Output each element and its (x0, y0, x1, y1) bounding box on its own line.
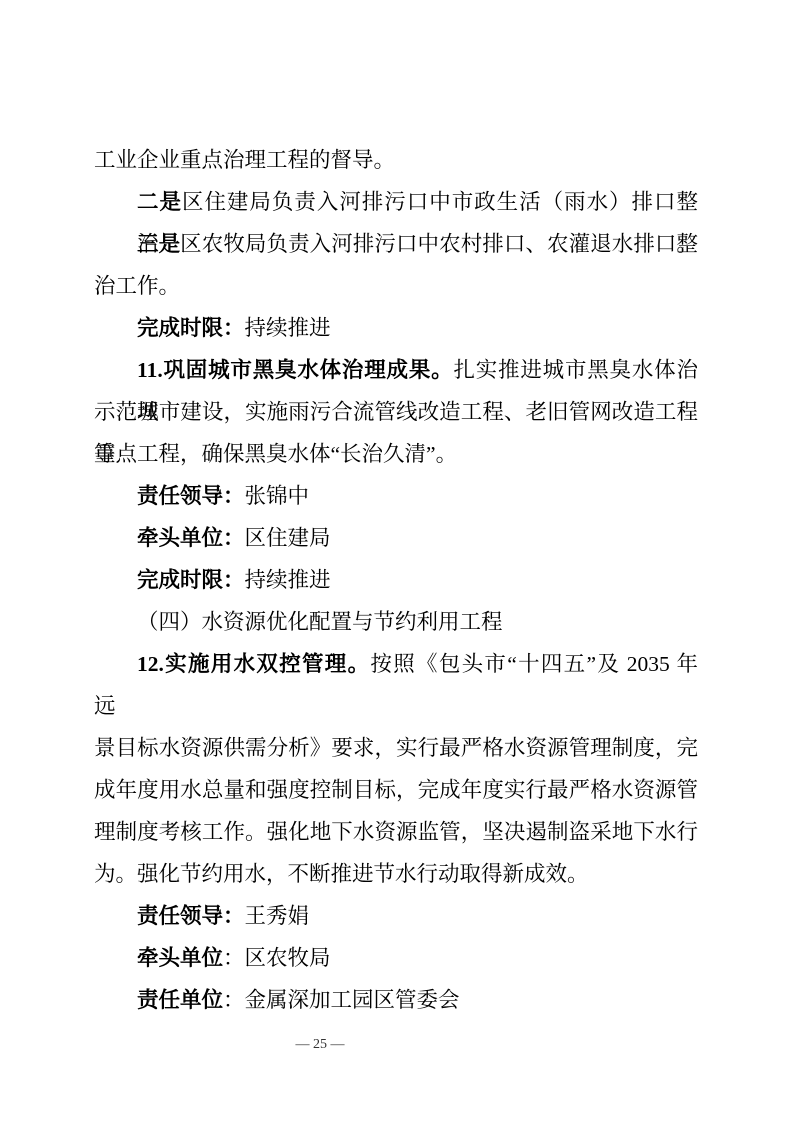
line-bold-text: 牵头单位： (137, 526, 245, 550)
line-regular-text: ：区农牧局 (223, 946, 331, 970)
line-bold-text: 责任领导： (137, 484, 245, 508)
text-line: 景目标水资源供需分析》要求，实行最严格水资源管理制度，完 (94, 727, 698, 769)
text-line: 为。强化节约用水，不断推进节水行动取得新成效。 (94, 853, 698, 895)
text-line: 成年度用水总量和强度控制目标，完成年度实行最严格水资源管 (94, 769, 698, 811)
text-line: （四）水资源优化配置与节约利用工程 (94, 601, 698, 643)
line-regular-text: 重点工程，确保黑臭水体“长治久清”。 (94, 442, 457, 466)
text-line: 完成时限：持续推进 (94, 307, 698, 349)
text-line: 工业企业重点治理工程的督导。 (94, 139, 698, 181)
line-regular-text: 按照《包头市“十四五”及 2035 年 (370, 652, 698, 676)
text-line: 理制度考核工作。强化地下水资源监管，坚决遏制盗采地下水行 (94, 811, 698, 853)
line-regular-text: ：金属深加工园区管委会 (223, 988, 460, 1012)
text-line: 示范城市建设，实施雨污合流管线改造工程、老旧管网改造工程等 (94, 391, 698, 433)
text-line: 二是区住建局负责入河排污口中市政生活（雨水）排口整治。 (94, 181, 698, 223)
text-line: 三是区农牧局负责入河排污口中农村排口、农灌退水排口整 (94, 223, 698, 265)
line-bold-text: 12.实施用水双控管理。 (137, 652, 370, 676)
line-bold-text: 牵头单位 (137, 946, 223, 970)
text-line: 12.实施用水双控管理。按照《包头市“十四五”及 2035 年 (94, 643, 698, 685)
line-bold-text: 完成时限： (137, 316, 245, 340)
text-line: 责任领导：王秀娟 (94, 895, 698, 937)
text-line: 治工作。 (94, 265, 698, 307)
text-line: 远 (94, 685, 698, 727)
text-line: 重点工程，确保黑臭水体“长治久清”。 (94, 433, 698, 475)
text-line: 11.巩固城市黑臭水体治理成果。扎实推进城市黑臭水体治理 (94, 349, 698, 391)
text-line: 牵头单位：区住建局 (94, 517, 698, 559)
line-regular-text: 景目标水资源供需分析》要求，实行最严格水资源管理制度，完 (94, 736, 698, 760)
line-regular-text: 治工作。 (94, 274, 180, 298)
line-bold-text: 完成时限： (137, 568, 245, 592)
line-regular-text: 区农牧局负责入河排污口中农村排口、农灌退水排口整 (180, 232, 698, 256)
line-regular-text: 王秀娟 (245, 904, 310, 928)
text-line: 完成时限：持续推进 (94, 559, 698, 601)
text-line: 责任单位：金属深加工园区管委会 (94, 979, 698, 1021)
line-regular-text: 持续推进 (245, 316, 331, 340)
line-regular-text: 成年度用水总量和强度控制目标，完成年度实行最严格水资源管 (94, 778, 698, 802)
line-bold-text: 11.巩固城市黑臭水体治理成果。 (137, 358, 453, 382)
text-line: 责任领导：张锦中 (94, 475, 698, 517)
line-regular-text: 区住建局 (245, 526, 331, 550)
line-bold-text: 三是 (137, 232, 180, 256)
line-bold-text: 责任单位 (137, 988, 223, 1012)
line-regular-text: 持续推进 (245, 568, 331, 592)
line-regular-text: 为。强化节约用水，不断推进节水行动取得新成效。 (94, 862, 589, 886)
line-regular-text: （四）水资源优化配置与节约利用工程 (137, 610, 503, 634)
line-bold-text: 责任领导： (137, 904, 245, 928)
document-page: 工业企业重点治理工程的督导。 二是区住建局负责入河排污口中市政生活（雨水）排口整… (0, 0, 793, 1122)
line-regular-text: 张锦中 (245, 484, 310, 508)
line-bold-text: 二是 (137, 190, 182, 214)
line-regular-text: 理制度考核工作。强化地下水资源监管，坚决遏制盗采地下水行 (94, 820, 698, 844)
document-body: 工业企业重点治理工程的督导。 二是区住建局负责入河排污口中市政生活（雨水）排口整… (94, 139, 698, 1021)
page-number: — 25 — (288, 1031, 352, 1059)
line-regular-text: 远 (94, 694, 116, 718)
line-regular-text: 工业企业重点治理工程的督导。 (94, 148, 395, 172)
text-line: 牵头单位：区农牧局 (94, 937, 698, 979)
